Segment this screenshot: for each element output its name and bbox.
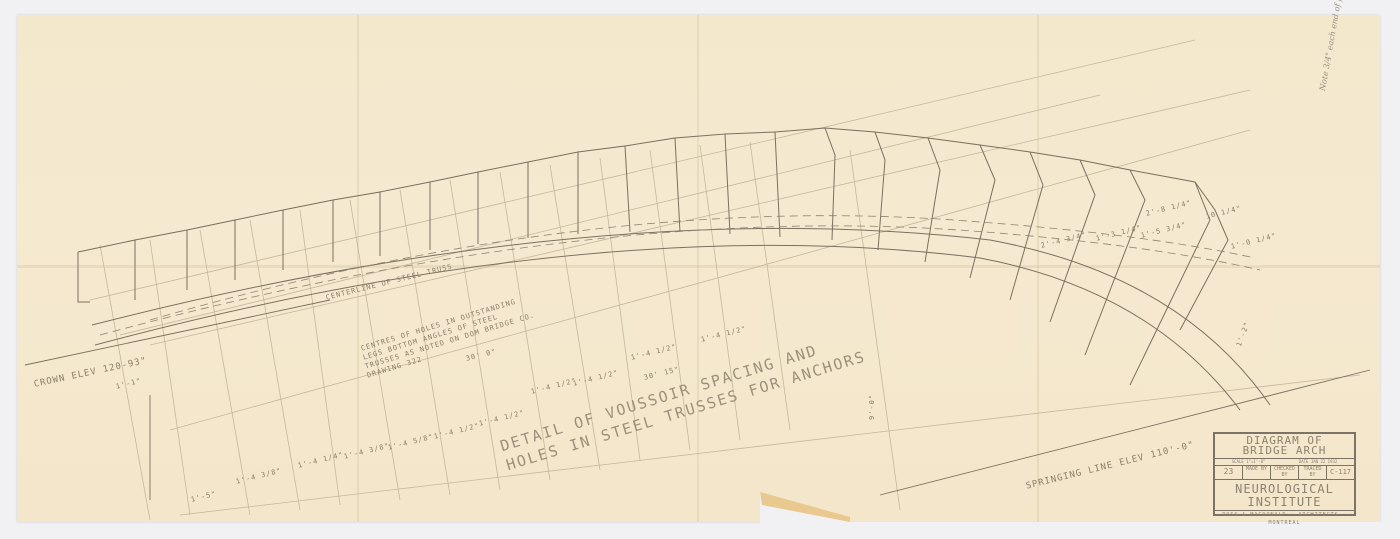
dimension-vertical: 9'-0" <box>868 394 876 420</box>
project-line2: INSTITUTE <box>1215 496 1354 509</box>
checked-by: CHECKED BY <box>1271 466 1299 479</box>
date-value: DATE JAN 22 1932 <box>1299 459 1338 465</box>
title-block: DIAGRAM OF BRIDGE ARCH SCALE 1"=1'-0" DA… <box>1213 432 1356 516</box>
title-block-scale-row: SCALE 1"=1'-0" DATE JAN 22 1932 <box>1215 459 1354 466</box>
title-block-info-row: 23 MADE BY CHECKED BY TRACED BY C-117 <box>1215 466 1354 480</box>
drawing-number: C-117 <box>1327 466 1354 479</box>
made-by: MADE BY <box>1243 466 1271 479</box>
scale-value: SCALE 1"=1'-0" <box>1232 459 1266 465</box>
traced-by: TRACED BY <box>1299 466 1327 479</box>
project-name: NEUROLOGICAL INSTITUTE <box>1215 480 1354 511</box>
title-block-title: DIAGRAM OF BRIDGE ARCH <box>1215 434 1354 459</box>
title-line2: BRIDGE ARCH <box>1215 446 1354 456</box>
paper-tear <box>0 0 1400 539</box>
sheet-number: 23 <box>1215 466 1243 479</box>
firm-name: ROSS & MACDONALD · ARCHITECTS · MONTREAL <box>1215 511 1354 519</box>
